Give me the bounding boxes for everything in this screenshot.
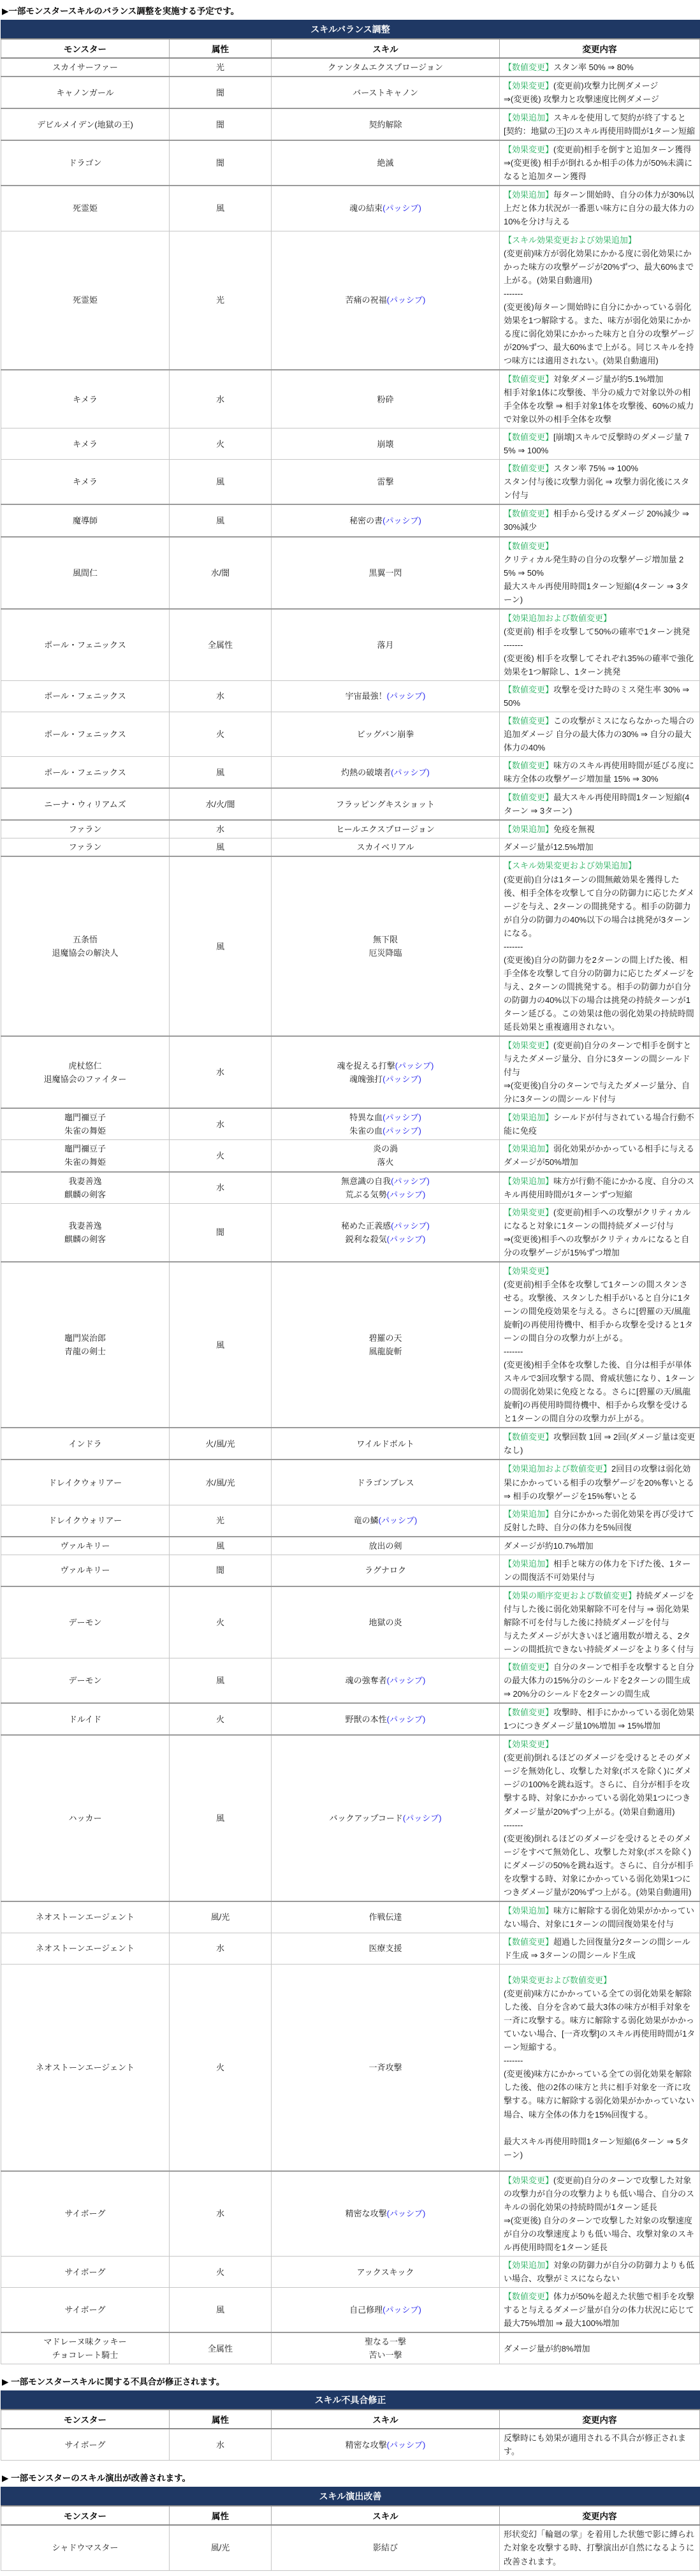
column-header: 属性	[170, 39, 272, 58]
attribute-cell: 闇	[170, 1555, 272, 1586]
change-detail-cell: 形状変幻「輪廻の掌」を着用した状態で影に縛られた対象を攻撃する時、打撃演出が自然…	[500, 2525, 700, 2570]
monster-cell: デーモン	[1, 1586, 170, 1658]
change-detail-cell: 【数値変更】最大スキル再使用時間1ターン短縮(4ターン ⇒ 3ターン)	[500, 788, 700, 820]
attribute-cell: 水	[170, 1108, 272, 1140]
skill-cell: アックスキック	[272, 2256, 500, 2287]
change-type-tag: 【効果変更】	[504, 2176, 553, 2185]
passive-label: (パッシブ)	[383, 1074, 421, 1084]
change-type-tag: 【効果の順序変更および数値変更】	[504, 1591, 636, 1600]
attribute-cell: 風	[170, 2288, 272, 2333]
table-row: マドレーヌ味クッキーチョコレート騎士全属性聖なる一撃苦い一撃ダメージ量が約8%増…	[1, 2332, 700, 2364]
skill-cell: フラッピングキスショット	[272, 788, 500, 820]
monster-cell: ハッカー	[1, 1735, 170, 1901]
passive-label: (パッシブ)	[391, 1176, 430, 1186]
passive-label: (パッシブ)	[391, 1221, 430, 1231]
table-row: ポール・フェニックス火ビッグバン崩拳【数値変更】この攻撃がミスにならなかった場合…	[1, 712, 700, 757]
column-header: 属性	[170, 2410, 272, 2429]
change-detail-cell: ダメージが約10.7%増加	[500, 1537, 700, 1555]
skill-cell: ヒールエクスプロージョン	[272, 820, 500, 838]
monster-cell: 我妻善逸麒麟の剣客	[1, 1172, 170, 1204]
attribute-cell: 闇	[170, 77, 272, 108]
change-type-tag: 【効果追加】	[504, 824, 553, 834]
monster-cell: ネオストーンエージェント	[1, 1965, 170, 2171]
change-detail-cell: 【数値変更】対象ダメージ量が約5.1%増加相手対象1体に攻撃後、半分の威力で対象…	[500, 370, 700, 428]
skill-cell: 苦痛の祝福(パッシブ)	[272, 231, 500, 370]
change-detail-cell: 【効果の順序変更および数値変更】持続ダメージを付与した後に弱化効果解除不可を付与…	[500, 1586, 700, 1658]
change-type-tag: 【効果変更】	[504, 1208, 553, 1217]
change-detail-cell: 【数値変更】この攻撃がミスにならなかった場合の追加ダメージ 自分の最大体力の30…	[500, 712, 700, 757]
table-row: ドラゴン闇絶滅【効果変更】(変更前)相手を倒すと追加ターン獲得⇒(変更後) 相手…	[1, 140, 700, 186]
change-detail-cell: 【効果追加および数値変更】2回目の攻撃は弱化効果にかかっている相手の攻撃ゲージを…	[500, 1460, 700, 1505]
change-detail-cell: 【スキル効果変更および効果追加】(変更前)味方が弱化効果にかかる度に弱化効果にか…	[500, 231, 700, 370]
change-detail-cell: 【効果変更】(変更前)相手への攻撃がクリティカルになると対象に1ターンの間持続ダ…	[500, 1203, 700, 1262]
change-type-tag: 【効果変更および数値変更】	[504, 1975, 611, 1985]
change-type-tag: 【効果追加】	[504, 2260, 553, 2270]
skills-table: スキル不具合修正モンスター属性スキル変更内容サイボーグ水精密な攻撃(パッシブ)反…	[1, 2390, 700, 2461]
skill-cell: ワイルドボルト	[272, 1428, 500, 1460]
change-detail-cell: ダメージ量が12.5%増加	[500, 838, 700, 857]
table-row: 竈門禰豆子朱雀の舞姫水特異な血(パッシブ)朱雀の血(パッシブ)【効果追加】シール…	[1, 1108, 700, 1140]
passive-label: (パッシブ)	[383, 1113, 421, 1122]
change-detail-cell: 【数値変更】攻撃回数 1回 ⇒ 2回(ダメージ量は変更なし)	[500, 1428, 700, 1460]
table-row: キメラ風雷撃【数値変更】スタン率 75% ⇒ 100%スタン付与後に攻撃力弱化 …	[1, 460, 700, 505]
monster-cell: 我妻善逸麒麟の剣客	[1, 1203, 170, 1262]
table-row: 我妻善逸麒麟の剣客水無意識の自我(パッシブ)荒ぶる気勢(パッシブ)【効果追加】味…	[1, 1172, 700, 1204]
change-detail-cell: 【効果追加】味方に解除する弱化効果がかかっていない場合、対象に1ターンの間回復効…	[500, 1901, 700, 1933]
column-header: 属性	[170, 2506, 272, 2525]
change-detail-cell: 【効果変更】(変更前)攻撃力比例ダメージ⇒(変更後) 攻撃力と攻撃速度比例ダメー…	[500, 77, 700, 108]
skill-cell: 医療支援	[272, 1933, 500, 1964]
attribute-cell: 水	[170, 1172, 272, 1204]
skill-cell: ドラゴンブレス	[272, 1460, 500, 1505]
change-detail-cell: 【数値変更】自分のターンで相手を攻撃すると自分の最大体力の15%分のシールドを2…	[500, 1658, 700, 1704]
attribute-cell: 水	[170, 1933, 272, 1964]
table-row: サイボーグ風自己修理(パッシブ)【数値変更】体力が50%を超えた状態で相手を攻撃…	[1, 2288, 700, 2333]
passive-label: (パッシブ)	[387, 1190, 426, 1199]
monster-cell: 死霊姫	[1, 231, 170, 370]
skill-cell: ラグナロク	[272, 1555, 500, 1586]
change-detail-cell: 【効果変更】(変更前)相手全体を攻撃して1ターンの間スタンさせる。攻撃後、スタン…	[500, 1262, 700, 1428]
monster-cell: ポール・フェニックス	[1, 757, 170, 789]
attribute-cell: 水	[170, 2171, 272, 2257]
change-type-tag: 【効果変更】	[504, 1739, 553, 1749]
table-row: 魔導師風秘密の書(パッシブ)【数値変更】相手から受けるダメージ 20%減少 ⇒ …	[1, 504, 700, 536]
monster-cell: デビルメイデン(地獄の王)	[1, 108, 170, 140]
monster-cell: キメラ	[1, 370, 170, 428]
attribute-cell: 火	[170, 1586, 272, 1658]
monster-cell: スカイサーファー	[1, 58, 170, 77]
skill-cell: 炎の渦落火	[272, 1140, 500, 1172]
table-row: キメラ水粉砕【数値変更】対象ダメージ量が約5.1%増加相手対象1体に攻撃後、半分…	[1, 370, 700, 428]
attribute-cell: 風	[170, 504, 272, 536]
table-row: 竈門禰豆子朱雀の舞姫火炎の渦落火【効果追加】弱化効果がかかっている相手に与えるダ…	[1, 1140, 700, 1172]
change-type-tag: 【数値変更】	[504, 685, 553, 694]
attribute-cell: 風	[170, 1537, 272, 1555]
monster-cell: ファラン	[1, 820, 170, 838]
change-detail-cell: 【効果追加】味方が行動不能にかかる度、自分のスキル再使用時間が1ターンずつ短縮	[500, 1172, 700, 1204]
attribute-cell: 全属性	[170, 2332, 272, 2364]
skill-cell: 魂の結束(パッシブ)	[272, 186, 500, 231]
skill-cell: 魂の強奪者(パッシブ)	[272, 1658, 500, 1704]
table-title: スキルバランス調整	[1, 20, 700, 40]
change-detail-cell: 【効果変更】(変更前)倒れるほどのダメージを受けるとそのダメージを無効化し、攻撃…	[500, 1735, 700, 1901]
monster-cell: 魔導師	[1, 504, 170, 536]
skill-cell: 放出の剣	[272, 1537, 500, 1555]
column-header: 変更内容	[500, 2506, 700, 2525]
table-row: デビルメイデン(地獄の王)闇契約解除【効果追加】スキルを使用して契約が終了すると…	[1, 108, 700, 140]
change-detail-cell: 【数値変更】[崩壊]スキルで反撃時のダメージ量 75% ⇒ 100%	[500, 428, 700, 460]
skill-cell: 作戦伝達	[272, 1901, 500, 1933]
monster-cell: インドラ	[1, 1428, 170, 1460]
monster-cell: ドラゴン	[1, 140, 170, 186]
skill-cell: 絶滅	[272, 140, 500, 186]
monster-cell: デーモン	[1, 1658, 170, 1704]
skill-cell: 竜の鱗(パッシブ)	[272, 1505, 500, 1537]
table-row: ファラン風スカイベリアルダメージ量が12.5%増加	[1, 838, 700, 857]
table-row: ポール・フェニックス水宇宙最強！(パッシブ)【数値変更】攻撃を受けた時のミス発生…	[1, 680, 700, 712]
change-type-tag: 【効果追加】	[504, 1509, 553, 1519]
passive-label: (パッシブ)	[387, 2440, 426, 2450]
table-row: ドレイクウォリアー水/風/光ドラゴンブレス【効果追加および数値変更】2回目の攻撃…	[1, 1460, 700, 1505]
monster-cell: ヴァルキリー	[1, 1537, 170, 1555]
column-header: スキル	[272, 39, 500, 58]
change-detail-cell: 【効果変更】(変更前)自分のターンで攻撃した対象の攻撃力が自分の攻撃力よりも低い…	[500, 2171, 700, 2257]
monster-cell: ドレイクウォリアー	[1, 1460, 170, 1505]
skills-table: スキルバランス調整モンスター属性スキル変更内容スカイサーファー光クァンタムエクス…	[1, 20, 700, 2364]
skill-cell: 聖なる一撃苦い一撃	[272, 2332, 500, 2364]
change-type-tag: 【数値変更】	[504, 793, 553, 802]
change-detail-cell: 【数値変更】相手から受けるダメージ 20%減少 ⇒ 30%減少	[500, 504, 700, 536]
monster-cell: キメラ	[1, 460, 170, 505]
passive-label: (パッシブ)	[403, 1813, 442, 1823]
change-detail-cell: 【数値変更】体力が50%を超えた状態で相手を攻撃すると与えるダメージ量が自分の体…	[500, 2288, 700, 2333]
table-row: ヴァルキリー闇ラグナロク【効果追加】相手と味方の体力を下げた後、1ターンの間復活…	[1, 1555, 700, 1586]
attribute-cell: 風	[170, 856, 272, 1036]
table-row: キメラ火崩壊【数値変更】[崩壊]スキルで反撃時のダメージ量 75% ⇒ 100%	[1, 428, 700, 460]
skills-table: スキル演出改善モンスター属性スキル変更内容シャドウマスター風/光影結び形状変幻「…	[1, 2487, 700, 2570]
monster-cell: 竈門炭治郎青龍の剣士	[1, 1262, 170, 1428]
change-type-tag: 【効果追加】	[504, 190, 553, 200]
change-type-tag: 【効果追加】	[504, 1144, 553, 1153]
monster-cell: マドレーヌ味クッキーチョコレート騎士	[1, 2332, 170, 2364]
attribute-cell: 水	[170, 2429, 272, 2461]
monster-cell: 死霊姫	[1, 186, 170, 231]
monster-cell: サイボーグ	[1, 2171, 170, 2257]
table-row: ドレイクウォリアー光竜の鱗(パッシブ)【効果追加】自分にかかった弱化効果を再び受…	[1, 1505, 700, 1537]
passive-label: (パッシブ)	[383, 2305, 421, 2315]
monster-cell: ニーナ・ウィリアムズ	[1, 788, 170, 820]
passive-label: (パッシブ)	[383, 516, 421, 525]
table-row: 風間仁水/闇黒翼一閃【数値変更】クリティカル発生時の自分の攻撃ゲージ増加量 25…	[1, 537, 700, 609]
skill-cell: 特異な血(パッシブ)朱雀の血(パッシブ)	[272, 1108, 500, 1140]
change-type-tag: 【数値変更】	[504, 374, 553, 384]
attribute-cell: 闇	[170, 1203, 272, 1262]
attribute-cell: 火/風/光	[170, 1428, 272, 1460]
change-type-tag: 【数値変更】	[504, 761, 553, 770]
change-type-tag: 【数値変更】	[504, 1937, 553, 1947]
change-detail-cell: 【効果追加】毎ターン開始時、自分の体力が30%以上だと体力状況が一番悪い味方に自…	[500, 186, 700, 231]
skill-cell: 無下限厄災降臨	[272, 856, 500, 1036]
table-row: 五条悟退魔協会の解決人風無下限厄災降臨【スキル効果変更および効果追加】(変更前)…	[1, 856, 700, 1036]
skill-cell: 精密な攻撃(パッシブ)	[272, 2171, 500, 2257]
attribute-cell: 風	[170, 1262, 272, 1428]
monster-cell: サイボーグ	[1, 2429, 170, 2461]
skill-cell: 無意識の自我(パッシブ)荒ぶる気勢(パッシブ)	[272, 1172, 500, 1204]
skill-cell: 秘密の書(パッシブ)	[272, 504, 500, 536]
change-type-tag: 【効果変更】	[504, 81, 553, 91]
column-header: 変更内容	[500, 2410, 700, 2429]
table-row: サイボーグ火アックスキック【効果追加】対象の防御力が自分の防御力よりも低い場合、…	[1, 2256, 700, 2287]
monster-cell: ポール・フェニックス	[1, 609, 170, 681]
skill-cell: 黒翼一閃	[272, 537, 500, 609]
change-detail-cell: 【数値変更】味方のスキル再使用時間が延びる度に味方全体の攻撃ゲージ増加量 15%…	[500, 757, 700, 789]
monster-cell: 虎杖悠仁退魔協会のファイター	[1, 1036, 170, 1108]
skill-cell: 宇宙最強！(パッシブ)	[272, 680, 500, 712]
skill-cell: バックアップコード(パッシブ)	[272, 1735, 500, 1901]
table-row: スカイサーファー光クァンタムエクスプロージョン【数値変更】スタン率 50% ⇒ …	[1, 58, 700, 77]
passive-label: (パッシブ)	[383, 203, 421, 213]
monster-cell: サイボーグ	[1, 2288, 170, 2333]
change-detail-cell: 【効果追加】スキルを使用して契約が終了すると[契約：地獄の王]のスキル再使用時間…	[500, 108, 700, 140]
monster-cell: 風間仁	[1, 537, 170, 609]
attribute-cell: 火	[170, 1703, 272, 1735]
attribute-cell: 風	[170, 838, 272, 857]
column-header: スキル	[272, 2410, 500, 2429]
attribute-cell: 火	[170, 712, 272, 757]
change-detail-cell: 【効果追加】対象の防御力が自分の防御力よりも低い場合、攻撃がミスにならない	[500, 2256, 700, 2287]
skill-cell: 崩壊	[272, 428, 500, 460]
table-row: ファラン水ヒールエクスプロージョン【効果追加】免疫を無視	[1, 820, 700, 838]
monster-cell: キメラ	[1, 428, 170, 460]
table-row: デーモン風魂の強奪者(パッシブ)【数値変更】自分のターンで相手を攻撃すると自分の…	[1, 1658, 700, 1704]
monster-cell: サイボーグ	[1, 2256, 170, 2287]
skill-cell: 精密な攻撃(パッシブ)	[272, 2429, 500, 2461]
attribute-cell: 風	[170, 757, 272, 789]
change-type-tag: 【スキル効果変更および効果追加】	[504, 861, 636, 870]
passive-label: (パッシブ)	[387, 1676, 426, 1685]
attribute-cell: 風	[170, 186, 272, 231]
monster-cell: ネオストーンエージェント	[1, 1933, 170, 1964]
table-row: 竈門炭治郎青龍の剣士風碧羅の天風龍旋斬【効果変更】(変更前)相手全体を攻撃して1…	[1, 1262, 700, 1428]
change-type-tag: 【数値変更】	[504, 1708, 553, 1717]
table-row: ニーナ・ウィリアムズ水/火/闇フラッピングキスショット【数値変更】最大スキル再使…	[1, 788, 700, 820]
change-detail-cell: 【数値変更】スタン率 75% ⇒ 100%スタン付与後に攻撃力弱化 ⇒ 攻撃力弱…	[500, 460, 700, 505]
change-type-tag: 【数値変更】	[504, 1662, 553, 1672]
monster-cell: ヴァルキリー	[1, 1555, 170, 1586]
skill-cell: 野獣の本性(パッシブ)	[272, 1703, 500, 1735]
section-intro: ▶ 一部モンスターのスキル演出が改善されます。	[2, 2471, 699, 2484]
attribute-cell: 風	[170, 460, 272, 505]
attribute-cell: 火	[170, 428, 272, 460]
change-detail-cell: 【数値変更】クリティカル発生時の自分の攻撃ゲージ増加量 25% ⇒ 50%最大ス…	[500, 537, 700, 609]
attribute-cell: 水	[170, 820, 272, 838]
skill-cell: 粉砕	[272, 370, 500, 428]
attribute-cell: 水	[170, 370, 272, 428]
skill-cell: 秘めた正義感(パッシブ)鋭利な殺気(パッシブ)	[272, 1203, 500, 1262]
table-row: インドラ火/風/光ワイルドボルト【数値変更】攻撃回数 1回 ⇒ 2回(ダメージ量…	[1, 1428, 700, 1460]
passive-label: (パッシブ)	[383, 1126, 421, 1136]
attribute-cell: 光	[170, 1505, 272, 1537]
section-intro: ▶ 一部モンスタースキルに関する不具合が修正されます。	[2, 2375, 699, 2387]
change-detail-cell: 【効果追加】免疫を無視	[500, 820, 700, 838]
monster-cell: ポール・フェニックス	[1, 680, 170, 712]
change-type-tag: 【効果追加および数値変更】	[504, 1464, 611, 1474]
attribute-cell: 火	[170, 2256, 272, 2287]
skill-cell: クァンタムエクスプロージョン	[272, 58, 500, 77]
change-type-tag: 【数値変更】	[504, 432, 553, 442]
passive-label: (パッシブ)	[379, 1516, 418, 1525]
skill-cell: バーストキャノン	[272, 77, 500, 108]
attribute-cell: 闇	[170, 108, 272, 140]
change-type-tag: 【数値変更】	[504, 62, 553, 72]
passive-label: (パッシブ)	[387, 1715, 426, 1724]
change-type-tag: 【効果変更】	[504, 145, 553, 154]
change-detail-cell: 【効果追加】自分にかかった弱化効果を再び受けて反射した時、自分の体力を5%回復	[500, 1505, 700, 1537]
table-row: シャドウマスター風/光影結び形状変幻「輪廻の掌」を着用した状態で影に縛られた対象…	[1, 2525, 700, 2570]
change-type-tag: 【効果追加】	[504, 1113, 553, 1122]
change-detail-cell: 【数値変更】スタン率 50% ⇒ 80%	[500, 58, 700, 77]
change-type-tag: 【効果追加】	[504, 1176, 553, 1186]
passive-label: (パッシブ)	[391, 768, 430, 777]
table-title: スキル不具合修正	[1, 2391, 700, 2410]
change-type-tag: 【効果追加および数値変更】	[504, 613, 611, 623]
attribute-cell: 水/火/闇	[170, 788, 272, 820]
change-detail-cell: 【数値変更】攻撃を受けた時のミス発生率 30% ⇒ 50%	[500, 680, 700, 712]
attribute-cell: 風/光	[170, 2525, 272, 2570]
skill-cell: 雷撃	[272, 460, 500, 505]
table-row: ポール・フェニックス風灼熱の破壊者(パッシブ)【数値変更】味方のスキル再使用時間…	[1, 757, 700, 789]
change-type-tag: 【効果追加】	[504, 1906, 553, 1915]
section-intro: ▶一部モンスタースキルのバランス調整を実施する予定です。	[2, 4, 699, 17]
table-row: ネオストーンエージェント風/光作戦伝達【効果追加】味方に解除する弱化効果がかかっ…	[1, 1901, 700, 1933]
table-row: ネオストーンエージェント水医療支援【数値変更】超過した回復量分2ターンの間シール…	[1, 1933, 700, 1964]
change-detail-cell: ダメージ量が約8%増加	[500, 2332, 700, 2364]
table-row: 我妻善逸麒麟の剣客闇秘めた正義感(パッシブ)鋭利な殺気(パッシブ)【効果変更】(…	[1, 1203, 700, 1262]
change-type-tag: 【数値変更】	[504, 541, 553, 551]
change-detail-cell: 【効果変更】(変更前)自分のターンで相手を倒すと与えたダメージ量分、自分に3ター…	[500, 1036, 700, 1108]
attribute-cell: 水/闇	[170, 537, 272, 609]
change-type-tag: 【数値変更】	[504, 2292, 553, 2301]
column-header: スキル	[272, 2506, 500, 2525]
attribute-cell: 水	[170, 1036, 272, 1108]
skill-cell: 灼熱の破壊者(パッシブ)	[272, 757, 500, 789]
skill-cell: 影結び	[272, 2525, 500, 2570]
attribute-cell: 風/光	[170, 1901, 272, 1933]
attribute-cell: 火	[170, 1965, 272, 2171]
change-type-tag: 【効果追加】	[504, 113, 553, 122]
table-row: デーモン火地獄の炎【効果の順序変更および数値変更】持続ダメージを付与した後に弱化…	[1, 1586, 700, 1658]
attribute-cell: 光	[170, 231, 272, 370]
table-row: 死霊姫風魂の結束(パッシブ)【効果追加】毎ターン開始時、自分の体力が30%以上だ…	[1, 186, 700, 231]
monster-cell: ネオストーンエージェント	[1, 1901, 170, 1933]
change-detail-cell: 【効果追加および数値変更】(変更前) 相手を攻撃して50%の確率で1ターン挑発-…	[500, 609, 700, 681]
change-type-tag: 【数値変更】	[504, 464, 553, 473]
table-row: サイボーグ水精密な攻撃(パッシブ)【効果変更】(変更前)自分のターンで攻撃した対…	[1, 2171, 700, 2257]
monster-cell: 五条悟退魔協会の解決人	[1, 856, 170, 1036]
change-type-tag: 【効果追加】	[504, 1559, 553, 1569]
change-detail-cell: 【数値変更】攻撃時、相手にかかっている弱化効果1つにつきダメージ量10%増加 ⇒…	[500, 1703, 700, 1735]
attribute-cell: 火	[170, 1140, 272, 1172]
column-header: モンスター	[1, 39, 170, 58]
attribute-cell: 全属性	[170, 609, 272, 681]
attribute-cell: 風	[170, 1735, 272, 1901]
change-detail-cell: 【効果変更および数値変更】(変更前)味方にかかっている全ての弱化効果を解除した後…	[500, 1965, 700, 2171]
change-type-tag: 【効果変更】	[504, 1041, 553, 1050]
passive-label: (パッシブ)	[387, 2209, 426, 2218]
passive-label: (パッシブ)	[395, 1061, 434, 1071]
change-type-tag: 【数値変更】	[504, 716, 553, 726]
skill-cell: 碧羅の天風龍旋斬	[272, 1262, 500, 1428]
table-row: 死霊姫光苦痛の祝福(パッシブ)【スキル効果変更および効果追加】(変更前)味方が弱…	[1, 231, 700, 370]
passive-label: (パッシブ)	[387, 295, 426, 305]
table-row: ポール・フェニックス全属性落月【効果追加および数値変更】(変更前) 相手を攻撃し…	[1, 609, 700, 681]
table-row: ヴァルキリー風放出の剣ダメージが約10.7%増加	[1, 1537, 700, 1555]
attribute-cell: 風	[170, 1658, 272, 1704]
change-detail-cell: 【効果追加】弱化効果がかかっている相手に与えるダメージが50%増加	[500, 1140, 700, 1172]
skill-cell: ビッグバン崩拳	[272, 712, 500, 757]
change-detail-cell: 【効果変更】(変更前)相手を倒すと追加ターン獲得⇒(変更後) 相手が倒れるか相手…	[500, 140, 700, 186]
change-type-tag: 【数値変更】	[504, 1432, 553, 1442]
change-detail-cell: 【効果追加】相手と味方の体力を下げた後、1ターンの間復活不可効果付与	[500, 1555, 700, 1586]
column-header: モンスター	[1, 2410, 170, 2429]
monster-cell: ドルイド	[1, 1703, 170, 1735]
table-title: スキル演出改善	[1, 2487, 700, 2506]
skill-cell: 魂を捉える打撃(パッシブ)魂魄強打(パッシブ)	[272, 1036, 500, 1108]
column-header: モンスター	[1, 2506, 170, 2525]
attribute-cell: 光	[170, 58, 272, 77]
column-header: 変更内容	[500, 39, 700, 58]
passive-label: (パッシブ)	[387, 691, 426, 701]
monster-cell: ファラン	[1, 838, 170, 857]
skill-cell: 自己修理(パッシブ)	[272, 2288, 500, 2333]
attribute-cell: 水/風/光	[170, 1460, 272, 1505]
skill-cell: 地獄の炎	[272, 1586, 500, 1658]
monster-cell: キャノンガール	[1, 77, 170, 108]
attribute-cell: 水	[170, 680, 272, 712]
table-row: キャノンガール闇バーストキャノン【効果変更】(変更前)攻撃力比例ダメージ⇒(変更…	[1, 77, 700, 108]
change-detail-cell: 【効果追加】シールドが付与されている場合行動不能に免疫	[500, 1108, 700, 1140]
change-type-tag: 【効果変更】	[504, 1266, 553, 1276]
change-detail-cell: 【スキル効果変更および効果追加】(変更前)自分は1ターンの間無敵効果を獲得した後…	[500, 856, 700, 1036]
table-row: ネオストーンエージェント火一斉攻撃【効果変更および数値変更】(変更前)味方にかか…	[1, 1965, 700, 2171]
table-row: サイボーグ水精密な攻撃(パッシブ)反撃時にも効果が適用される不具合が修正されます…	[1, 2429, 700, 2461]
table-row: 虎杖悠仁退魔協会のファイター水魂を捉える打撃(パッシブ)魂魄強打(パッシブ)【効…	[1, 1036, 700, 1108]
change-detail-cell: 【数値変更】超過した回復量分2ターンの間シールド生成 ⇒ 3ターンの間シールド生…	[500, 1933, 700, 1964]
patch-notes-page: ▶一部モンスタースキルのバランス調整を実施する予定です。スキルバランス調整モンス…	[0, 0, 700, 2576]
skill-cell: 落月	[272, 609, 500, 681]
monster-cell: ドレイクウォリアー	[1, 1505, 170, 1537]
monster-cell: ポール・フェニックス	[1, 712, 170, 757]
monster-cell: シャドウマスター	[1, 2525, 170, 2570]
change-type-tag: 【数値変更】	[504, 509, 553, 518]
table-row: ハッカー風バックアップコード(パッシブ)【効果変更】(変更前)倒れるほどのダメー…	[1, 1735, 700, 1901]
skill-cell: 一斉攻撃	[272, 1965, 500, 2171]
monster-cell: 竈門禰豆子朱雀の舞姫	[1, 1108, 170, 1140]
skill-cell: スカイベリアル	[272, 838, 500, 857]
skill-cell: 契約解除	[272, 108, 500, 140]
change-detail-cell: 反撃時にも効果が適用される不具合が修正されます。	[500, 2429, 700, 2461]
passive-label: (パッシブ)	[387, 1234, 426, 1244]
table-row: ドルイド火野獣の本性(パッシブ)【数値変更】攻撃時、相手にかかっている弱化効果1…	[1, 1703, 700, 1735]
change-type-tag: 【スキル効果変更および効果追加】	[504, 235, 636, 245]
monster-cell: 竈門禰豆子朱雀の舞姫	[1, 1140, 170, 1172]
attribute-cell: 闇	[170, 140, 272, 186]
